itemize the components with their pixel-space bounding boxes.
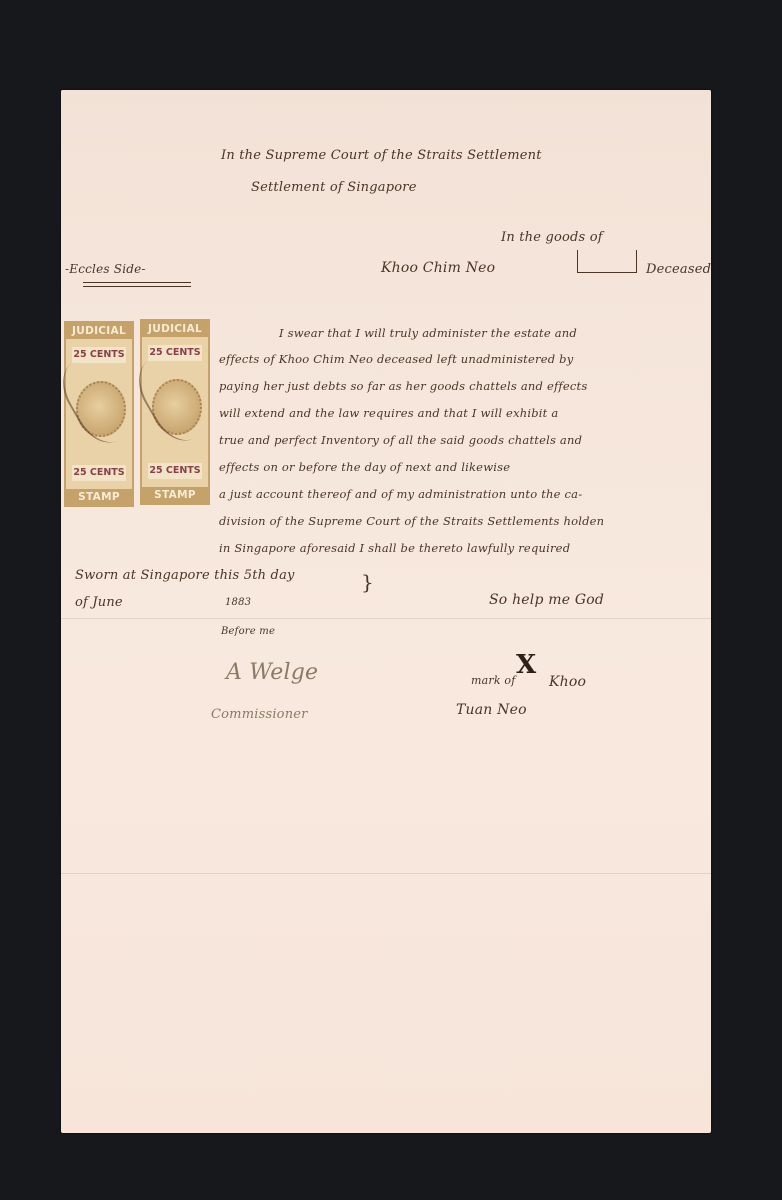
stamp-value-bottom: 25 CENTS <box>72 465 126 481</box>
mark-label: mark of <box>471 674 516 687</box>
judicial-stamp-2: JUDICIAL 25 CENTS 25 CENTS STAMP <box>140 319 210 505</box>
mark-x-icon: X <box>516 650 536 680</box>
fold-line <box>61 873 711 874</box>
in-the-goods-of: In the goods of <box>501 230 603 245</box>
blank-bracket <box>577 250 637 273</box>
stamp-top-label: JUDICIAL <box>66 323 132 339</box>
oath-line: I swear that I will truly administer the… <box>279 326 577 340</box>
brace: } <box>361 570 374 594</box>
oath-line: paying her just debts so far as her good… <box>219 379 587 393</box>
commissioner-signature: A Welge <box>226 660 318 685</box>
oath-line: division of the Supreme Court of the Str… <box>219 514 604 528</box>
judicial-stamp-1: JUDICIAL 25 CENTS 25 CENTS STAMP <box>64 321 134 507</box>
deceased-name: Khoo Chim Neo <box>381 260 495 276</box>
closing-phrase: So help me God <box>489 592 604 608</box>
oath-line: in Singapore aforesaid I shall be theret… <box>219 541 570 555</box>
deceased-label: Deceased <box>646 262 711 277</box>
stamp-bottom-label: STAMP <box>66 489 132 505</box>
oath-line: a just account thereof and of my adminis… <box>219 487 582 501</box>
sworn-line-2: of June <box>75 595 123 610</box>
stamp-value-bottom: 25 CENTS <box>148 463 202 479</box>
deponent-name-1: Khoo <box>549 674 586 690</box>
document-page: In the Supreme Court of the Straits Sett… <box>61 90 711 1133</box>
stamp-bottom-label: STAMP <box>142 487 208 503</box>
oath-line: effects of Khoo Chim Neo deceased left u… <box>219 352 573 366</box>
deponent-name-2: Tuan Neo <box>456 702 527 718</box>
oath-line: will extend and the law requires and tha… <box>219 406 558 420</box>
oath-line: true and perfect Inventory of all the sa… <box>219 433 582 447</box>
side-label: -Eccles Side- <box>65 262 146 276</box>
side-label-underline <box>83 282 191 287</box>
stamp-top-label: JUDICIAL <box>142 321 208 337</box>
commissioner-title: Commissioner <box>211 707 308 722</box>
fold-line <box>61 618 711 619</box>
sworn-line-1: Sworn at Singapore this 5th day <box>75 568 295 583</box>
court-title-line2: Settlement of Singapore <box>251 180 417 195</box>
sworn-year: 1883 <box>225 597 251 608</box>
court-title-line1: In the Supreme Court of the Straits Sett… <box>221 148 542 163</box>
before-me: Before me <box>221 626 275 637</box>
oath-line: effects on or before the day of next and… <box>219 460 510 474</box>
